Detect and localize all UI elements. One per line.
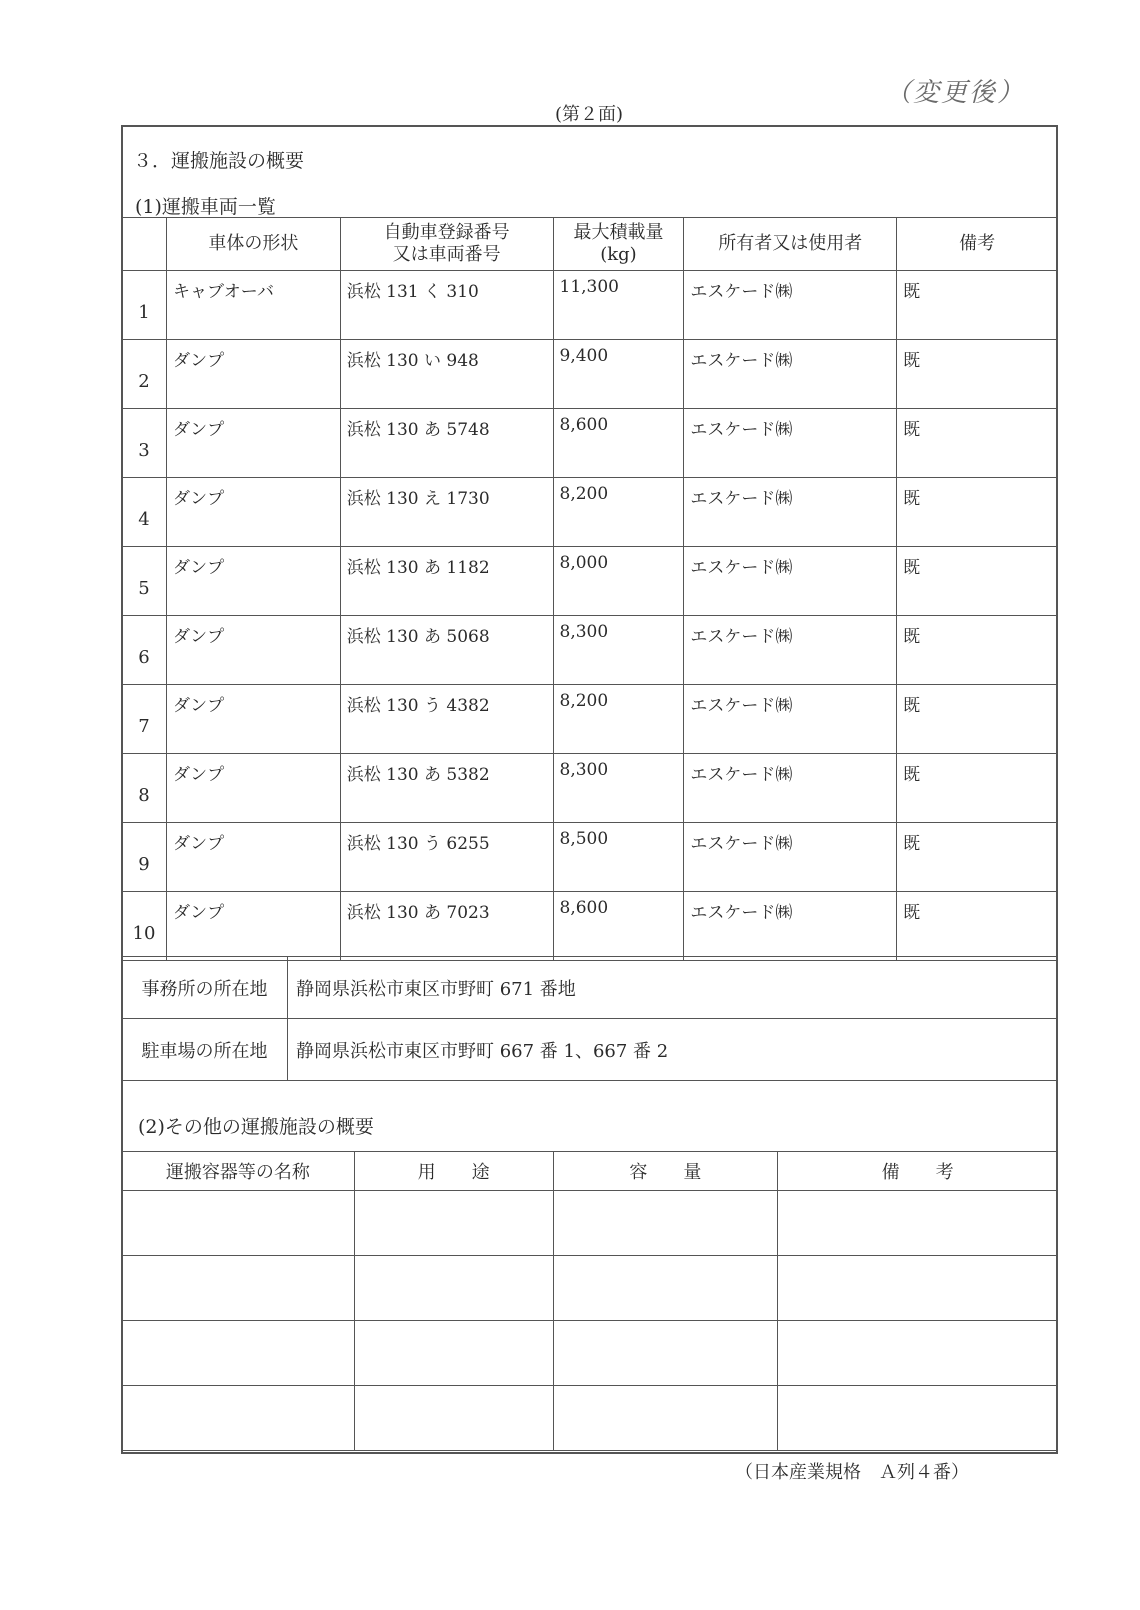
capacity-cell bbox=[553, 1256, 778, 1321]
registration-number-cell: 浜松 130 う 4382 bbox=[340, 685, 553, 754]
owner-cell: エスケード㈱ bbox=[684, 547, 897, 616]
row-number-cell: 3 bbox=[122, 409, 167, 478]
row-number-cell: 7 bbox=[122, 685, 167, 754]
registration-number-cell: 浜松 130 あ 5068 bbox=[340, 616, 553, 685]
remarks-cell bbox=[778, 1256, 1058, 1321]
row-number-cell: 2 bbox=[122, 340, 167, 409]
page-label: (第２面) bbox=[555, 100, 623, 126]
remarks-cell: 既 bbox=[897, 892, 1058, 961]
max-load-cell: 8,600 bbox=[553, 892, 684, 961]
body-shape-cell: ダンプ bbox=[166, 754, 340, 823]
owner-cell: エスケード㈱ bbox=[684, 754, 897, 823]
owner-cell: エスケード㈱ bbox=[684, 892, 897, 961]
remarks-cell: 既 bbox=[897, 616, 1058, 685]
header-body-shape: 車体の形状 bbox=[166, 218, 340, 271]
body-shape-cell: ダンプ bbox=[166, 478, 340, 547]
body-shape-cell: ダンプ bbox=[166, 409, 340, 478]
table-row: 5ダンプ浜松 130 あ 11828,000エスケード㈱既 bbox=[122, 547, 1058, 616]
remarks-cell bbox=[778, 1321, 1058, 1386]
max-load-cell: 8,300 bbox=[553, 616, 684, 685]
remarks-cell bbox=[778, 1386, 1058, 1451]
table-row: 4ダンプ浜松 130 え 17308,200エスケード㈱既 bbox=[122, 478, 1058, 547]
parking-location-value: 静岡県浜松市東区市野町 667 番 1、667 番 2 bbox=[288, 1019, 1058, 1081]
purpose-cell bbox=[354, 1321, 553, 1386]
header-max-load-line1: 最大積載量 bbox=[554, 222, 684, 245]
location-table: 事務所の所在地 静岡県浜松市東区市野町 671 番地 駐車場の所在地 静岡県浜松… bbox=[121, 956, 1058, 1081]
office-location-label: 事務所の所在地 bbox=[122, 957, 288, 1019]
table-row: 7ダンプ浜松 130 う 43828,200エスケード㈱既 bbox=[122, 685, 1058, 754]
section-title: ３．運搬施設の概要 bbox=[133, 146, 304, 173]
registration-number-cell: 浜松 131 く 310 bbox=[340, 271, 553, 340]
header-registration-line2: 又は車両番号 bbox=[341, 244, 553, 267]
owner-cell: エスケード㈱ bbox=[684, 616, 897, 685]
registration-number-cell: 浜松 130 え 1730 bbox=[340, 478, 553, 547]
max-load-cell: 9,400 bbox=[553, 340, 684, 409]
registration-number-cell: 浜松 130 あ 5748 bbox=[340, 409, 553, 478]
row-number-cell: 4 bbox=[122, 478, 167, 547]
header-max-load: 最大積載量 (kg) bbox=[553, 218, 684, 271]
capacity-cell bbox=[553, 1191, 778, 1256]
container-name-cell bbox=[122, 1321, 355, 1386]
registration-number-cell: 浜松 130 あ 5382 bbox=[340, 754, 553, 823]
purpose-cell bbox=[354, 1191, 553, 1256]
header-capacity: 容 量 bbox=[553, 1152, 778, 1191]
header-registration: 自動車登録番号 又は車両番号 bbox=[340, 218, 553, 271]
header-max-load-line2: (kg) bbox=[554, 244, 684, 267]
owner-cell: エスケード㈱ bbox=[684, 409, 897, 478]
table-row: 3ダンプ浜松 130 あ 57488,600エスケード㈱既 bbox=[122, 409, 1058, 478]
remarks-cell: 既 bbox=[897, 823, 1058, 892]
owner-cell: エスケード㈱ bbox=[684, 340, 897, 409]
header-remarks: 備考 bbox=[897, 218, 1058, 271]
header-owner: 所有者又は使用者 bbox=[684, 218, 897, 271]
handwritten-note: （変更後） bbox=[885, 72, 1025, 109]
owner-cell: エスケード㈱ bbox=[684, 823, 897, 892]
owner-cell: エスケード㈱ bbox=[684, 271, 897, 340]
other-facilities-header: 運搬容器等の名称 用 途 容 量 備 考 bbox=[122, 1152, 1058, 1191]
table-row bbox=[122, 1321, 1058, 1386]
table-row: 2ダンプ浜松 130 い 9489,400エスケード㈱既 bbox=[122, 340, 1058, 409]
body-shape-cell: キャブオーバ bbox=[166, 271, 340, 340]
body-shape-cell: ダンプ bbox=[166, 616, 340, 685]
purpose-cell bbox=[354, 1386, 553, 1451]
subsection-vehicle-list: (1)運搬車両一覧 bbox=[135, 192, 276, 219]
paper-standard-note: （日本産業規格 Ａ列４番） bbox=[735, 1458, 969, 1484]
remarks-cell: 既 bbox=[897, 340, 1058, 409]
container-name-cell bbox=[122, 1191, 355, 1256]
capacity-cell bbox=[553, 1321, 778, 1386]
max-load-cell: 8,500 bbox=[553, 823, 684, 892]
max-load-cell: 8,200 bbox=[553, 478, 684, 547]
registration-number-cell: 浜松 130 う 6255 bbox=[340, 823, 553, 892]
max-load-cell: 8,200 bbox=[553, 685, 684, 754]
office-location-row: 事務所の所在地 静岡県浜松市東区市野町 671 番地 bbox=[122, 957, 1058, 1019]
row-number-cell: 1 bbox=[122, 271, 167, 340]
remarks-cell: 既 bbox=[897, 409, 1058, 478]
owner-cell: エスケード㈱ bbox=[684, 685, 897, 754]
header-no bbox=[122, 218, 167, 271]
header-registration-line1: 自動車登録番号 bbox=[341, 222, 553, 245]
container-name-cell bbox=[122, 1256, 355, 1321]
max-load-cell: 11,300 bbox=[553, 271, 684, 340]
vehicle-table-header: 車体の形状 自動車登録番号 又は車両番号 最大積載量 (kg) 所有者又は使用者… bbox=[122, 218, 1058, 271]
table-row: 8ダンプ浜松 130 あ 53828,300エスケード㈱既 bbox=[122, 754, 1058, 823]
body-shape-cell: ダンプ bbox=[166, 685, 340, 754]
registration-number-cell: 浜松 130 あ 7023 bbox=[340, 892, 553, 961]
max-load-cell: 8,600 bbox=[553, 409, 684, 478]
remarks-cell: 既 bbox=[897, 547, 1058, 616]
max-load-cell: 8,300 bbox=[553, 754, 684, 823]
table-row bbox=[122, 1191, 1058, 1256]
row-number-cell: 5 bbox=[122, 547, 167, 616]
header-purpose: 用 途 bbox=[354, 1152, 553, 1191]
remarks-cell: 既 bbox=[897, 478, 1058, 547]
body-shape-cell: ダンプ bbox=[166, 340, 340, 409]
parking-location-label: 駐車場の所在地 bbox=[122, 1019, 288, 1081]
table-row bbox=[122, 1256, 1058, 1321]
table-row: 9ダンプ浜松 130 う 62558,500エスケード㈱既 bbox=[122, 823, 1058, 892]
max-load-cell: 8,000 bbox=[553, 547, 684, 616]
body-shape-cell: ダンプ bbox=[166, 823, 340, 892]
capacity-cell bbox=[553, 1386, 778, 1451]
purpose-cell bbox=[354, 1256, 553, 1321]
subsection-other-facilities: (2)その他の運搬施設の概要 bbox=[138, 1112, 374, 1139]
remarks-cell: 既 bbox=[897, 754, 1058, 823]
row-number-cell: 8 bbox=[122, 754, 167, 823]
other-facilities-table: 運搬容器等の名称 用 途 容 量 備 考 bbox=[121, 1151, 1058, 1451]
registration-number-cell: 浜松 130 あ 1182 bbox=[340, 547, 553, 616]
row-number-cell: 6 bbox=[122, 616, 167, 685]
container-name-cell bbox=[122, 1386, 355, 1451]
table-row: 6ダンプ浜松 130 あ 50688,300エスケード㈱既 bbox=[122, 616, 1058, 685]
owner-cell: エスケード㈱ bbox=[684, 478, 897, 547]
row-number-cell: 10 bbox=[122, 892, 167, 961]
remarks-cell bbox=[778, 1191, 1058, 1256]
remarks-cell: 既 bbox=[897, 685, 1058, 754]
table-row bbox=[122, 1386, 1058, 1451]
header-container-name: 運搬容器等の名称 bbox=[122, 1152, 355, 1191]
parking-location-row: 駐車場の所在地 静岡県浜松市東区市野町 667 番 1、667 番 2 bbox=[122, 1019, 1058, 1081]
body-shape-cell: ダンプ bbox=[166, 547, 340, 616]
vehicle-table: 車体の形状 自動車登録番号 又は車両番号 最大積載量 (kg) 所有者又は使用者… bbox=[121, 217, 1058, 961]
registration-number-cell: 浜松 130 い 948 bbox=[340, 340, 553, 409]
office-location-value: 静岡県浜松市東区市野町 671 番地 bbox=[288, 957, 1058, 1019]
table-row: 1キャブオーバ浜松 131 く 31011,300エスケード㈱既 bbox=[122, 271, 1058, 340]
body-shape-cell: ダンプ bbox=[166, 892, 340, 961]
row-number-cell: 9 bbox=[122, 823, 167, 892]
remarks-cell: 既 bbox=[897, 271, 1058, 340]
table-row: 10ダンプ浜松 130 あ 70238,600エスケード㈱既 bbox=[122, 892, 1058, 961]
header-other-remarks: 備 考 bbox=[778, 1152, 1058, 1191]
